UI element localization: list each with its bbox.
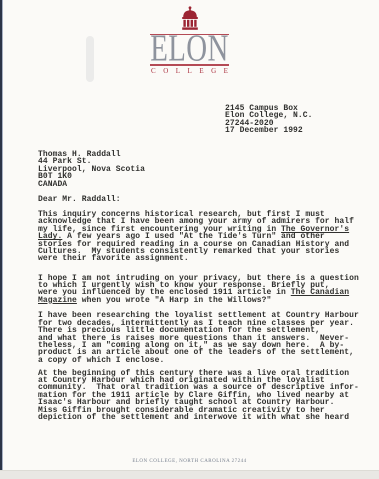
recipient-address-block: Thomas H. Raddall44 Park St.Liverpool, N… <box>38 151 145 188</box>
body-paragraph-4: At the beginning of this century there w… <box>38 370 359 422</box>
letter-page: ELON COLLEGE 2145 Campus BoxElon College… <box>0 0 379 479</box>
logo-rule-bottom <box>150 64 229 66</box>
scan-edge-bottom <box>0 470 379 479</box>
institution-subname: COLLEGE <box>150 67 237 75</box>
body-paragraph-2: I hope I am not intruding on your privac… <box>38 275 359 305</box>
letterhead-footer: ELON COLLEGE, NORTH CAROLINA 27244 <box>0 459 379 464</box>
body-paragraph-1: This inquiry concerns historical researc… <box>38 211 354 263</box>
sender-address-block: 2145 Campus BoxElon College, N.C.27244-2… <box>225 105 313 135</box>
letterhead: ELON COLLEGE <box>0 6 379 75</box>
institution-name-text: ELON <box>150 35 228 64</box>
logo-box: ELON COLLEGE <box>150 34 229 76</box>
salutation: Dear Mr. Raddall: <box>38 196 121 203</box>
cupola-icon <box>180 6 200 33</box>
institution-name: ELON <box>150 35 229 64</box>
body-paragraph-3: I have been researching the loyalist set… <box>38 312 359 364</box>
